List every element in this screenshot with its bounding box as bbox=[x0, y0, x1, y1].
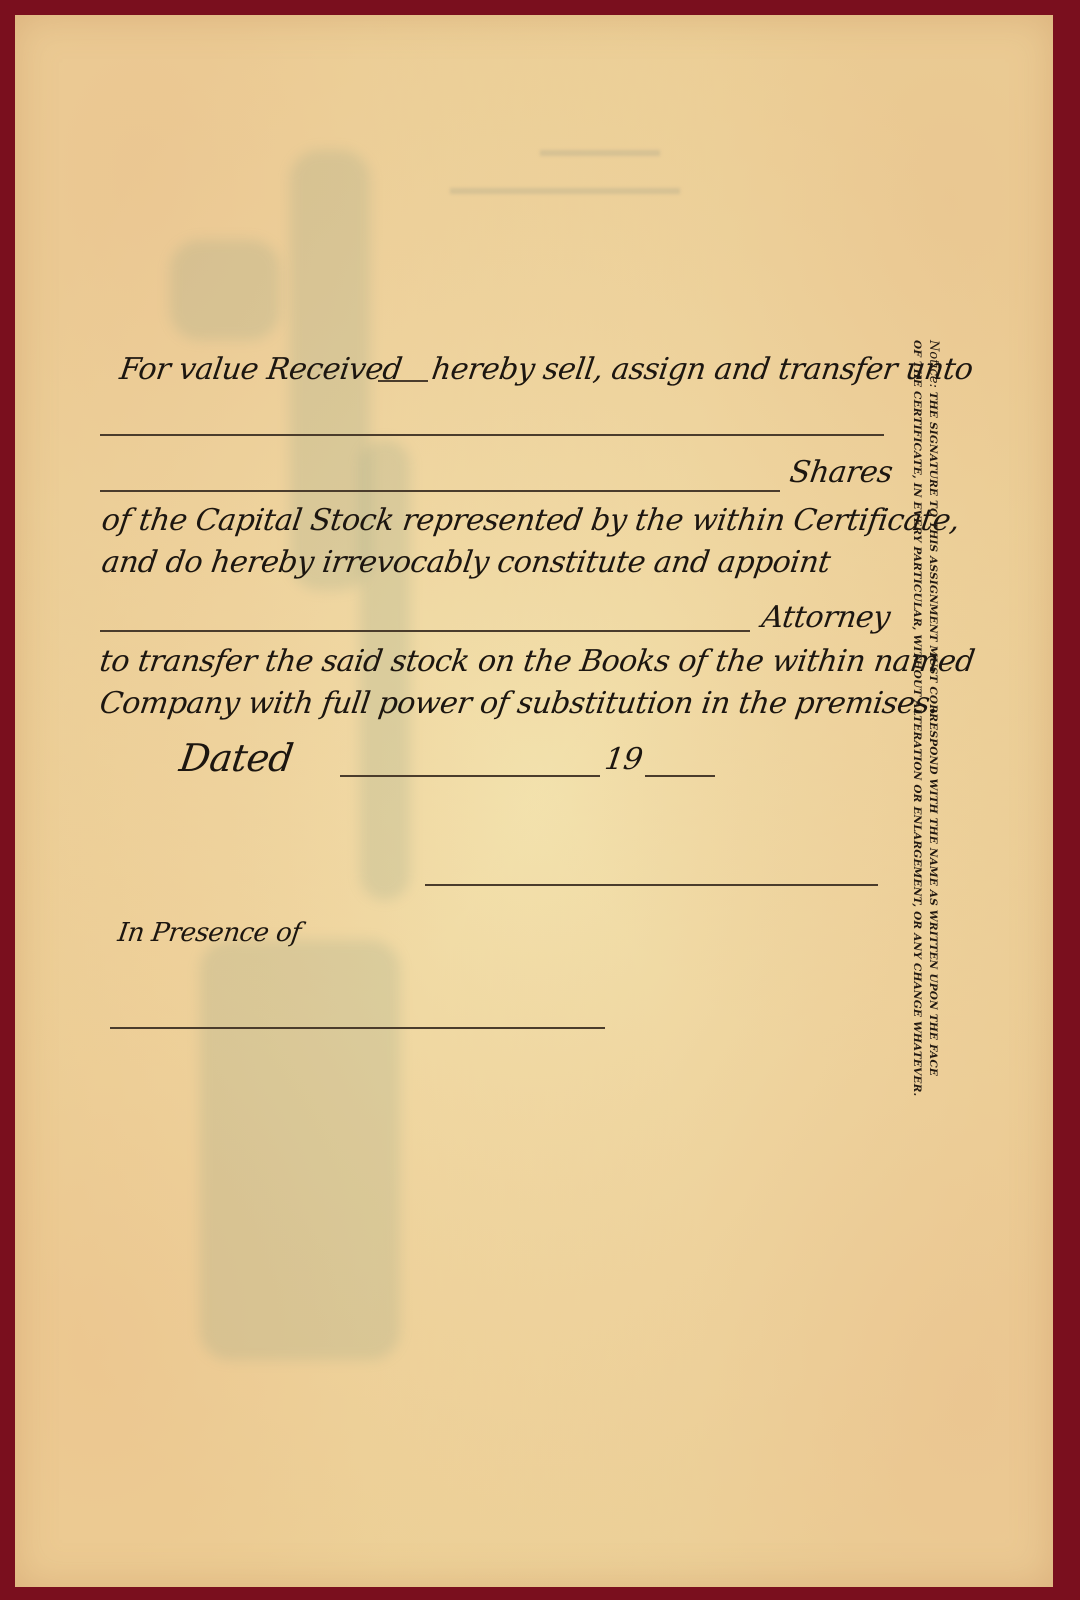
witness-signature-line[interactable] bbox=[110, 1027, 605, 1029]
in-presence-of-label: In Presence of bbox=[116, 918, 303, 948]
assignor-name-line[interactable] bbox=[378, 380, 428, 382]
sell-assign-transfer-text: hereby sell, assign and transfer unto bbox=[430, 352, 975, 387]
for-value-received-label: For value Received bbox=[118, 352, 404, 387]
notice-text-1: The signature to this assignment must co… bbox=[927, 392, 939, 1076]
assignee-name-line[interactable] bbox=[100, 434, 884, 436]
notice-line-2: of the certificate, in every particular,… bbox=[909, 340, 925, 1070]
certificate-paper bbox=[15, 15, 1053, 1587]
notice-line-1: Notice: The signature to this assignment… bbox=[925, 340, 941, 1070]
signature-notice: Notice: The signature to this assignment… bbox=[909, 340, 941, 1070]
bleed-through-text bbox=[450, 188, 680, 194]
notice-lead: Notice: bbox=[926, 340, 941, 388]
attorney-label: Attorney bbox=[760, 600, 893, 635]
bleed-through-emblem bbox=[170, 240, 280, 340]
transfer-books-text: to transfer the said stock on the Books … bbox=[98, 644, 977, 679]
attorney-name-line[interactable] bbox=[100, 630, 750, 632]
constitute-appoint-text: and do hereby irrevocably constitute and… bbox=[100, 545, 833, 580]
dated-label: Dated bbox=[177, 736, 296, 780]
signature-line[interactable] bbox=[425, 884, 878, 886]
shares-count-line[interactable] bbox=[100, 490, 780, 492]
year-line[interactable] bbox=[645, 775, 715, 777]
bleed-through-text bbox=[540, 150, 660, 156]
bleed-through-vignette bbox=[200, 940, 400, 1360]
date-line[interactable] bbox=[340, 775, 600, 777]
capital-stock-text: of the Capital Stock represented by the … bbox=[100, 503, 962, 538]
power-substitution-text: Company with full power of substitution … bbox=[98, 686, 941, 721]
shares-label: Shares bbox=[788, 455, 895, 490]
year-prefix: 19 bbox=[603, 742, 645, 777]
